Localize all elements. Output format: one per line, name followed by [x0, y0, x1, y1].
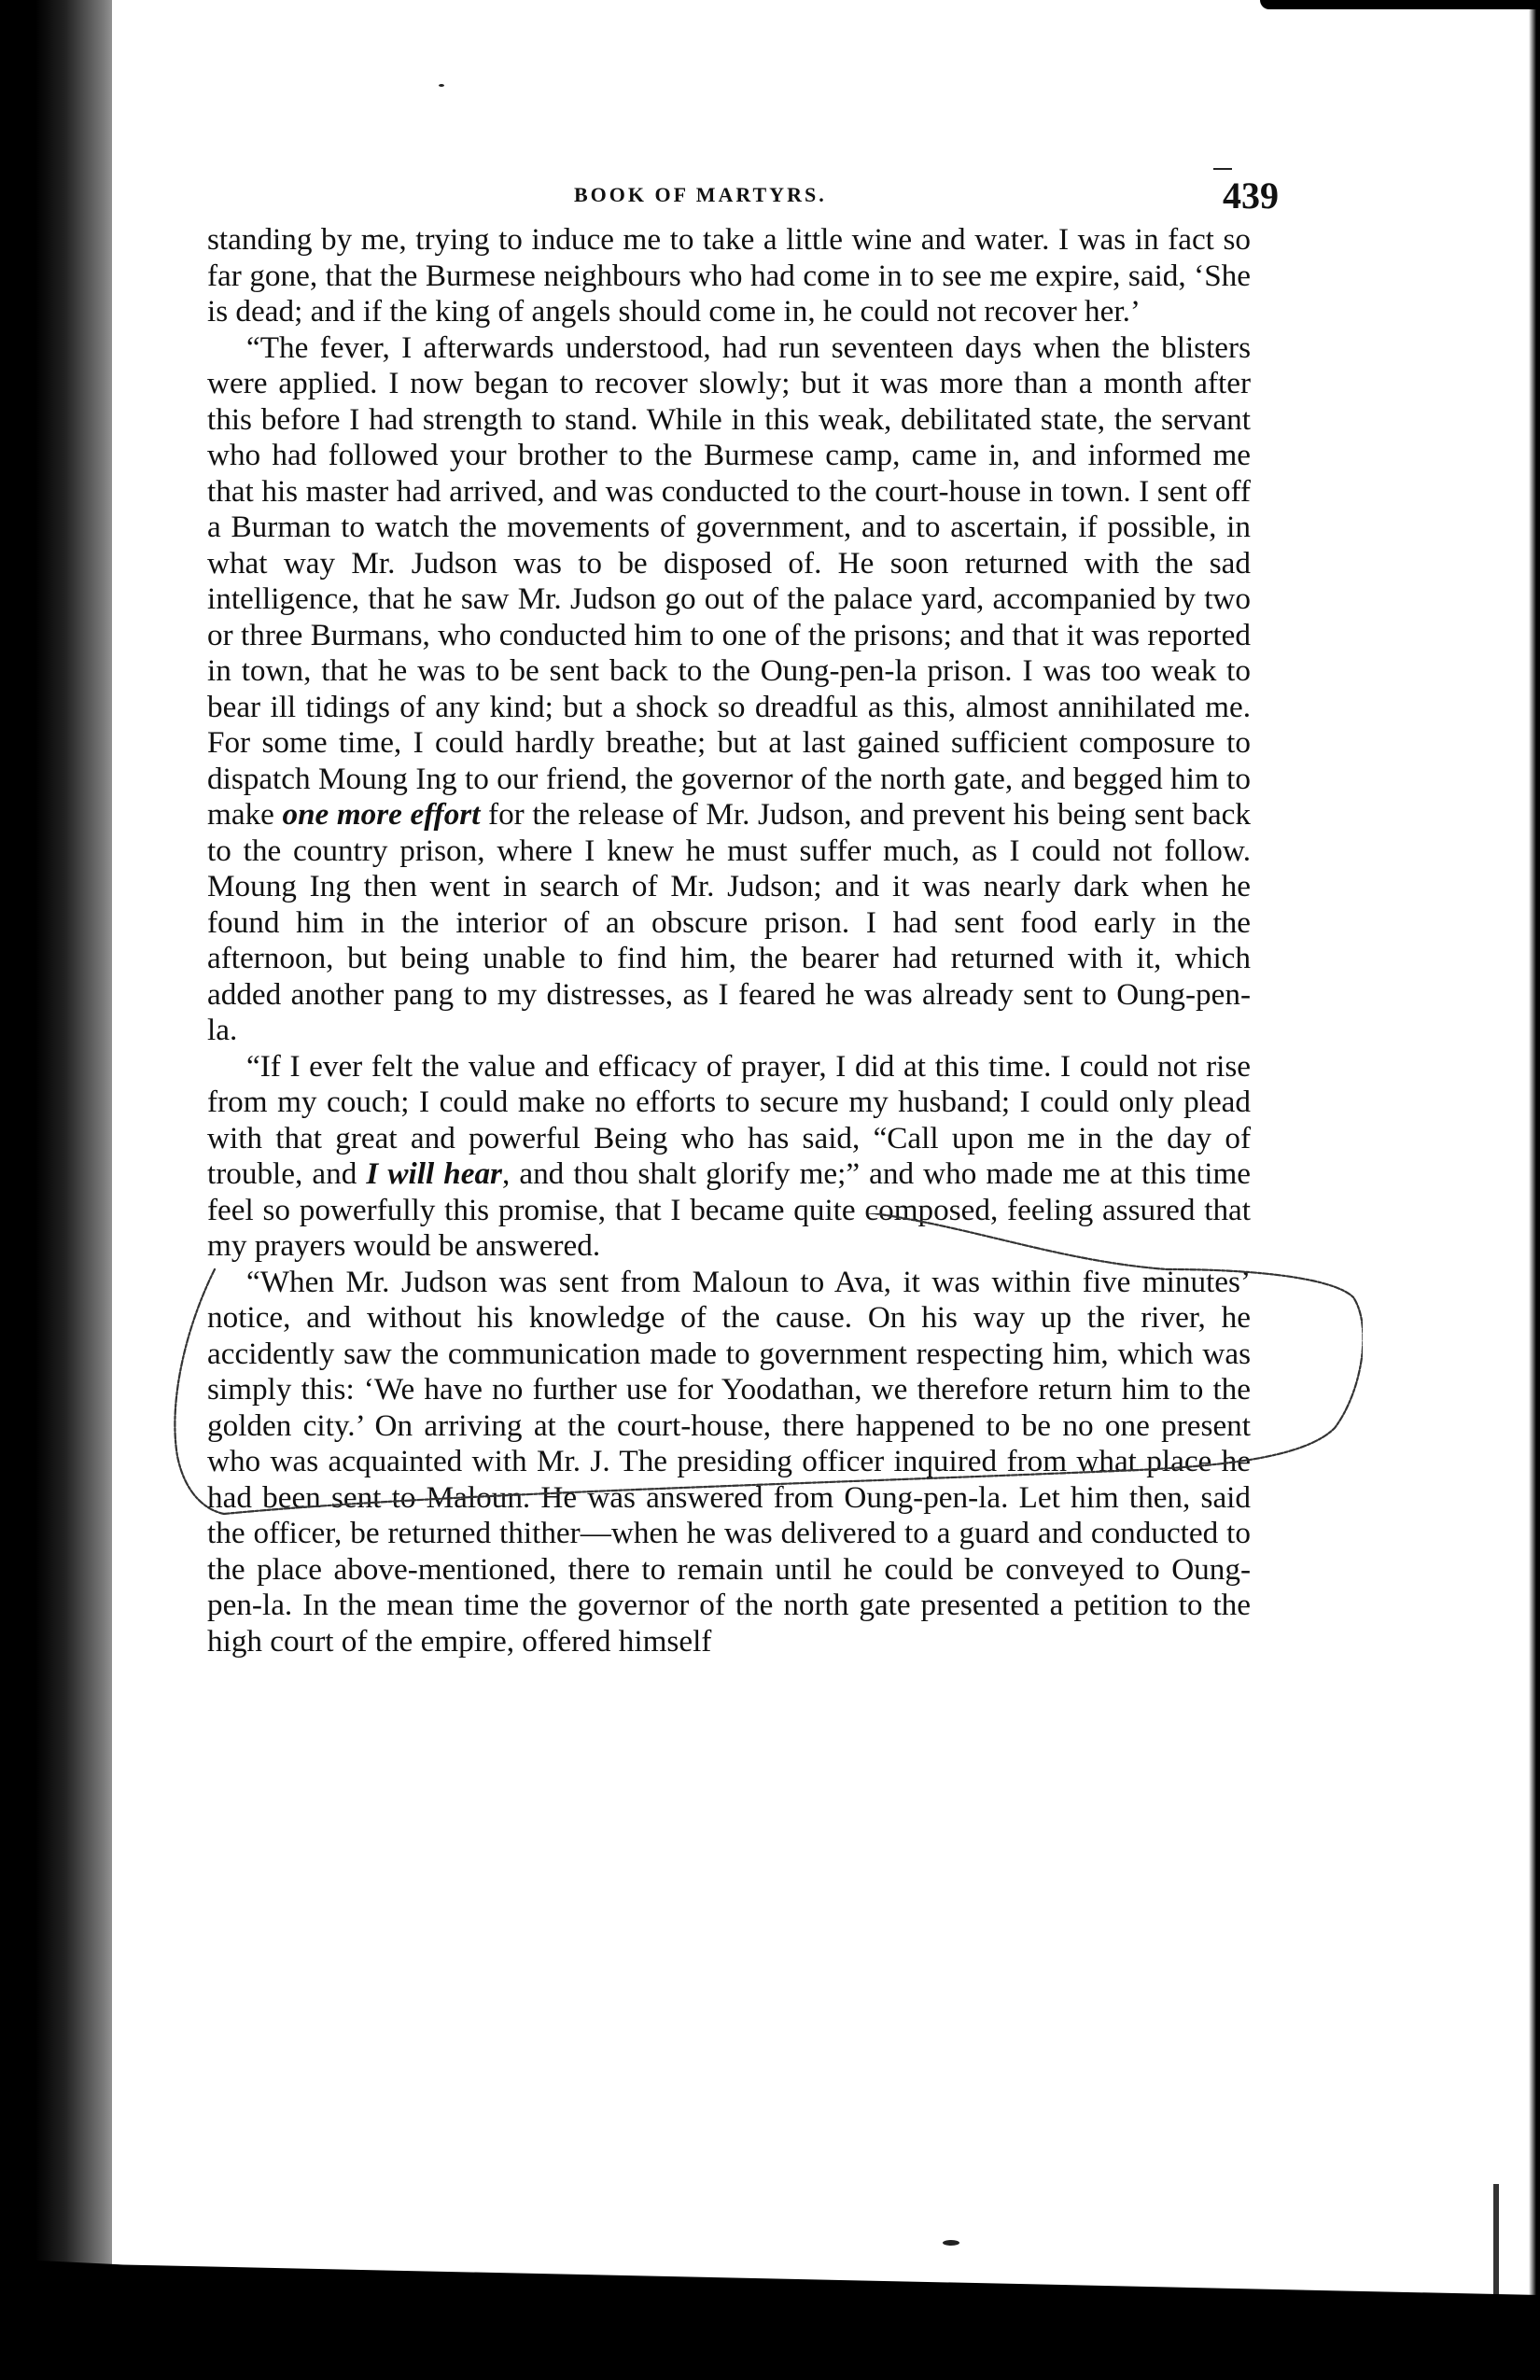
paragraph-fever: “The fever, I afterwards understood, had… — [207, 330, 1251, 1049]
page-number: 439 — [1223, 174, 1279, 217]
paragraph-text: for the release of Mr. Judson, and preve… — [207, 797, 1251, 1047]
paragraph-text: “The fever, I afterwards understood, had… — [207, 330, 1251, 833]
italic-emphasis: I will hear — [366, 1156, 502, 1191]
scan-speck — [1493, 2184, 1499, 2296]
italic-emphasis: one more effort — [282, 797, 480, 832]
paragraph-maloun: “When Mr. Judson was sent from Maloun to… — [207, 1265, 1251, 1660]
scan-speck — [943, 2240, 959, 2246]
page-header: BOOK OF MARTYRS. 439 — [210, 183, 1279, 220]
running-title: BOOK OF MARTYRS. — [574, 183, 827, 207]
page-top-corner — [1260, 0, 1540, 9]
scan-speck — [439, 84, 444, 87]
paragraph-prayer-circled: “If I ever felt the value and efficacy o… — [207, 1049, 1251, 1265]
scanner-bottom-edge — [0, 2259, 1540, 2380]
page-right-edge — [1529, 0, 1540, 2380]
body-text: standing by me, trying to induce me to t… — [207, 222, 1251, 1659]
book-page: BOOK OF MARTYRS. 439 standing by me, try… — [0, 0, 1540, 2380]
scan-speck — [1213, 168, 1232, 170]
paragraph-continuation: standing by me, trying to induce me to t… — [207, 222, 1251, 330]
scanner-binding-shadow — [0, 0, 112, 2380]
